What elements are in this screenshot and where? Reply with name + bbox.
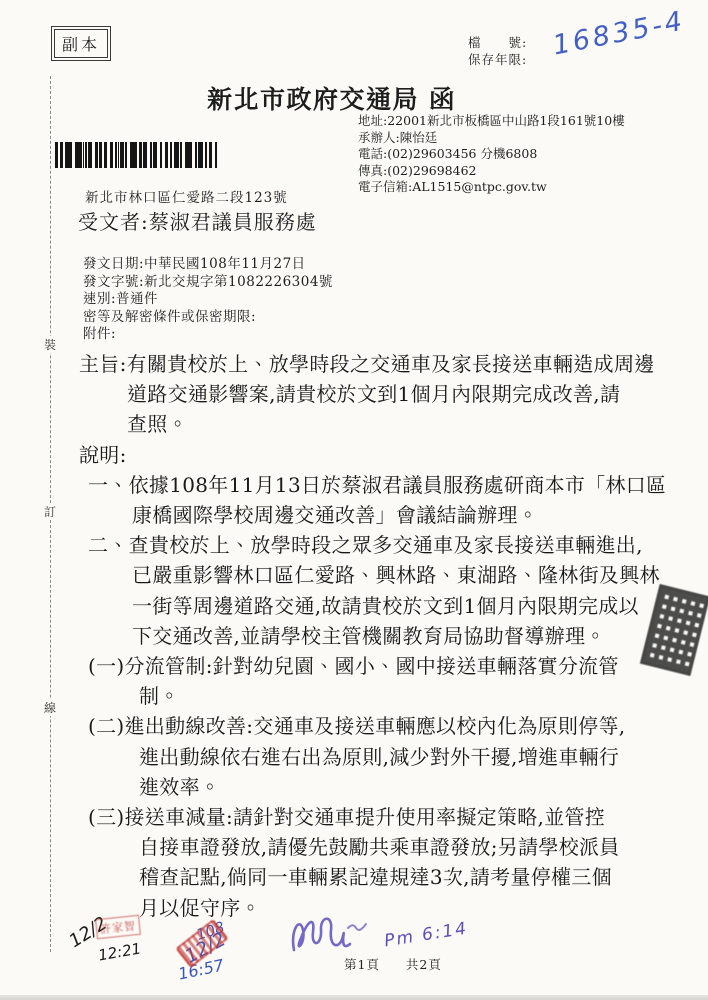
scanned-official-letter: 副本 檔 號: 保存年限: 16835-4 新北市政府交通局 函 地址:2200…	[0, 0, 708, 1000]
reviewer-name-stamp: 許家智	[95, 915, 141, 939]
total-pages: 共2頁	[406, 957, 442, 972]
subitem-3-line: 稽查記點,倘同一車輛累記違規達3次,請考量停權三個	[0, 862, 700, 892]
email-address: 電子信箱:AL1515@ntpc.gov.tw	[358, 179, 625, 196]
document-title: 新北市政府交通局 函	[207, 80, 456, 116]
file-number-label: 檔 號:	[468, 34, 527, 51]
subject-line: 查照。	[0, 409, 700, 439]
document-meta-block: 發文日期:中華民國108年11月27日 發文字號:新北交規字第108222630…	[83, 256, 333, 344]
handwritten-time-black: 12:21	[97, 939, 143, 964]
subject-line: 主旨:有關貴校於上、放學時段之交通車及家長接送車輛造成周邊	[0, 349, 700, 379]
issue-date: 發文日期:中華民國108年11月27日	[83, 256, 333, 274]
scan-edge-shadow	[0, 995, 708, 1000]
item-1-line: 康橋國際學校周邊交通改善」會議結論辦理。	[0, 500, 700, 530]
letter-body: 主旨:有關貴校於上、放學時段之交通車及家長接送車輛造成周邊 道路交通影響案,請貴…	[0, 349, 700, 923]
page-footer: 第1頁 共2頁	[344, 955, 442, 973]
subitem-1-line: (一)分流管制:針對幼兒園、國小、國中接送車輛落實分流管	[0, 651, 700, 681]
item-2-line: 已嚴重影響林口區仁愛路、興林路、東湖路、隆林街及興林	[0, 560, 700, 590]
phone-number: 電話:(02)29603456 分機6808	[358, 146, 625, 163]
subitem-3-line: 自接車證發放,請優先鼓勵共乘車證發放;另請學校派員	[0, 832, 700, 862]
subitem-1-line: 制。	[0, 681, 700, 711]
agency-address: 地址:22001新北市板橋區中山路1段161號10樓	[358, 113, 625, 130]
item-2-line: 下交通改善,並請學校主管機關教育局協助督導辦理。	[0, 621, 700, 651]
subitem-2-line: (二)進出動線改善:交通車及接送車輛應以校內化為原則停等,	[0, 711, 700, 741]
retention-period-label: 保存年限:	[468, 51, 527, 68]
copy-stamp: 副本	[54, 29, 108, 58]
document-number: 發文字號:新北交規字第1082226304號	[83, 274, 333, 292]
subitem-3-line: (三)接送車減量:請針對交通車提升使用率擬定策略,並管控	[0, 802, 700, 832]
recipient-address: 新北市林口區仁愛路二段123號	[85, 186, 288, 206]
item-2-line: 二、查貴校於上、放學時段之眾多交通車及家長接送車輛進出,	[0, 530, 700, 560]
explanation-heading: 說明:	[0, 440, 700, 470]
security-classification: 密等及解密條件或保密期限:	[83, 309, 333, 327]
subitem-2-line: 進效率。	[0, 772, 700, 802]
subject-line: 道路交通影響案,請貴校於文到1個月內限期完成改善,請	[0, 379, 700, 409]
barcode	[55, 142, 220, 168]
officer-name: 承辦人:陳怡廷	[358, 130, 625, 147]
contact-block: 地址:22001新北市板橋區中山路1段161號10樓 承辦人:陳怡廷 電話:(0…	[358, 113, 625, 196]
fax-number: 傳真:(02)29698462	[358, 163, 625, 180]
handwritten-file-number: 16835-4	[550, 6, 687, 62]
recipient-line: 受文者:蔡淑君議員服務處	[78, 206, 317, 235]
delivery-speed: 速別:普通件	[83, 291, 333, 309]
file-number-labels: 檔 號: 保存年限:	[468, 34, 527, 68]
attachment-label: 附件:	[83, 326, 333, 344]
page-number: 第1頁	[344, 957, 380, 972]
item-1-line: 一、依據108年11月13日於蔡淑君議員服務處研商本市「林口區	[0, 470, 700, 500]
item-2-line: 一街等周邊道路交通,故請貴校於文到1個月內限期完成以	[0, 591, 700, 621]
subitem-2-line: 進出動線依右進右出為原則,減少對外干擾,增進車輛行	[0, 742, 700, 772]
